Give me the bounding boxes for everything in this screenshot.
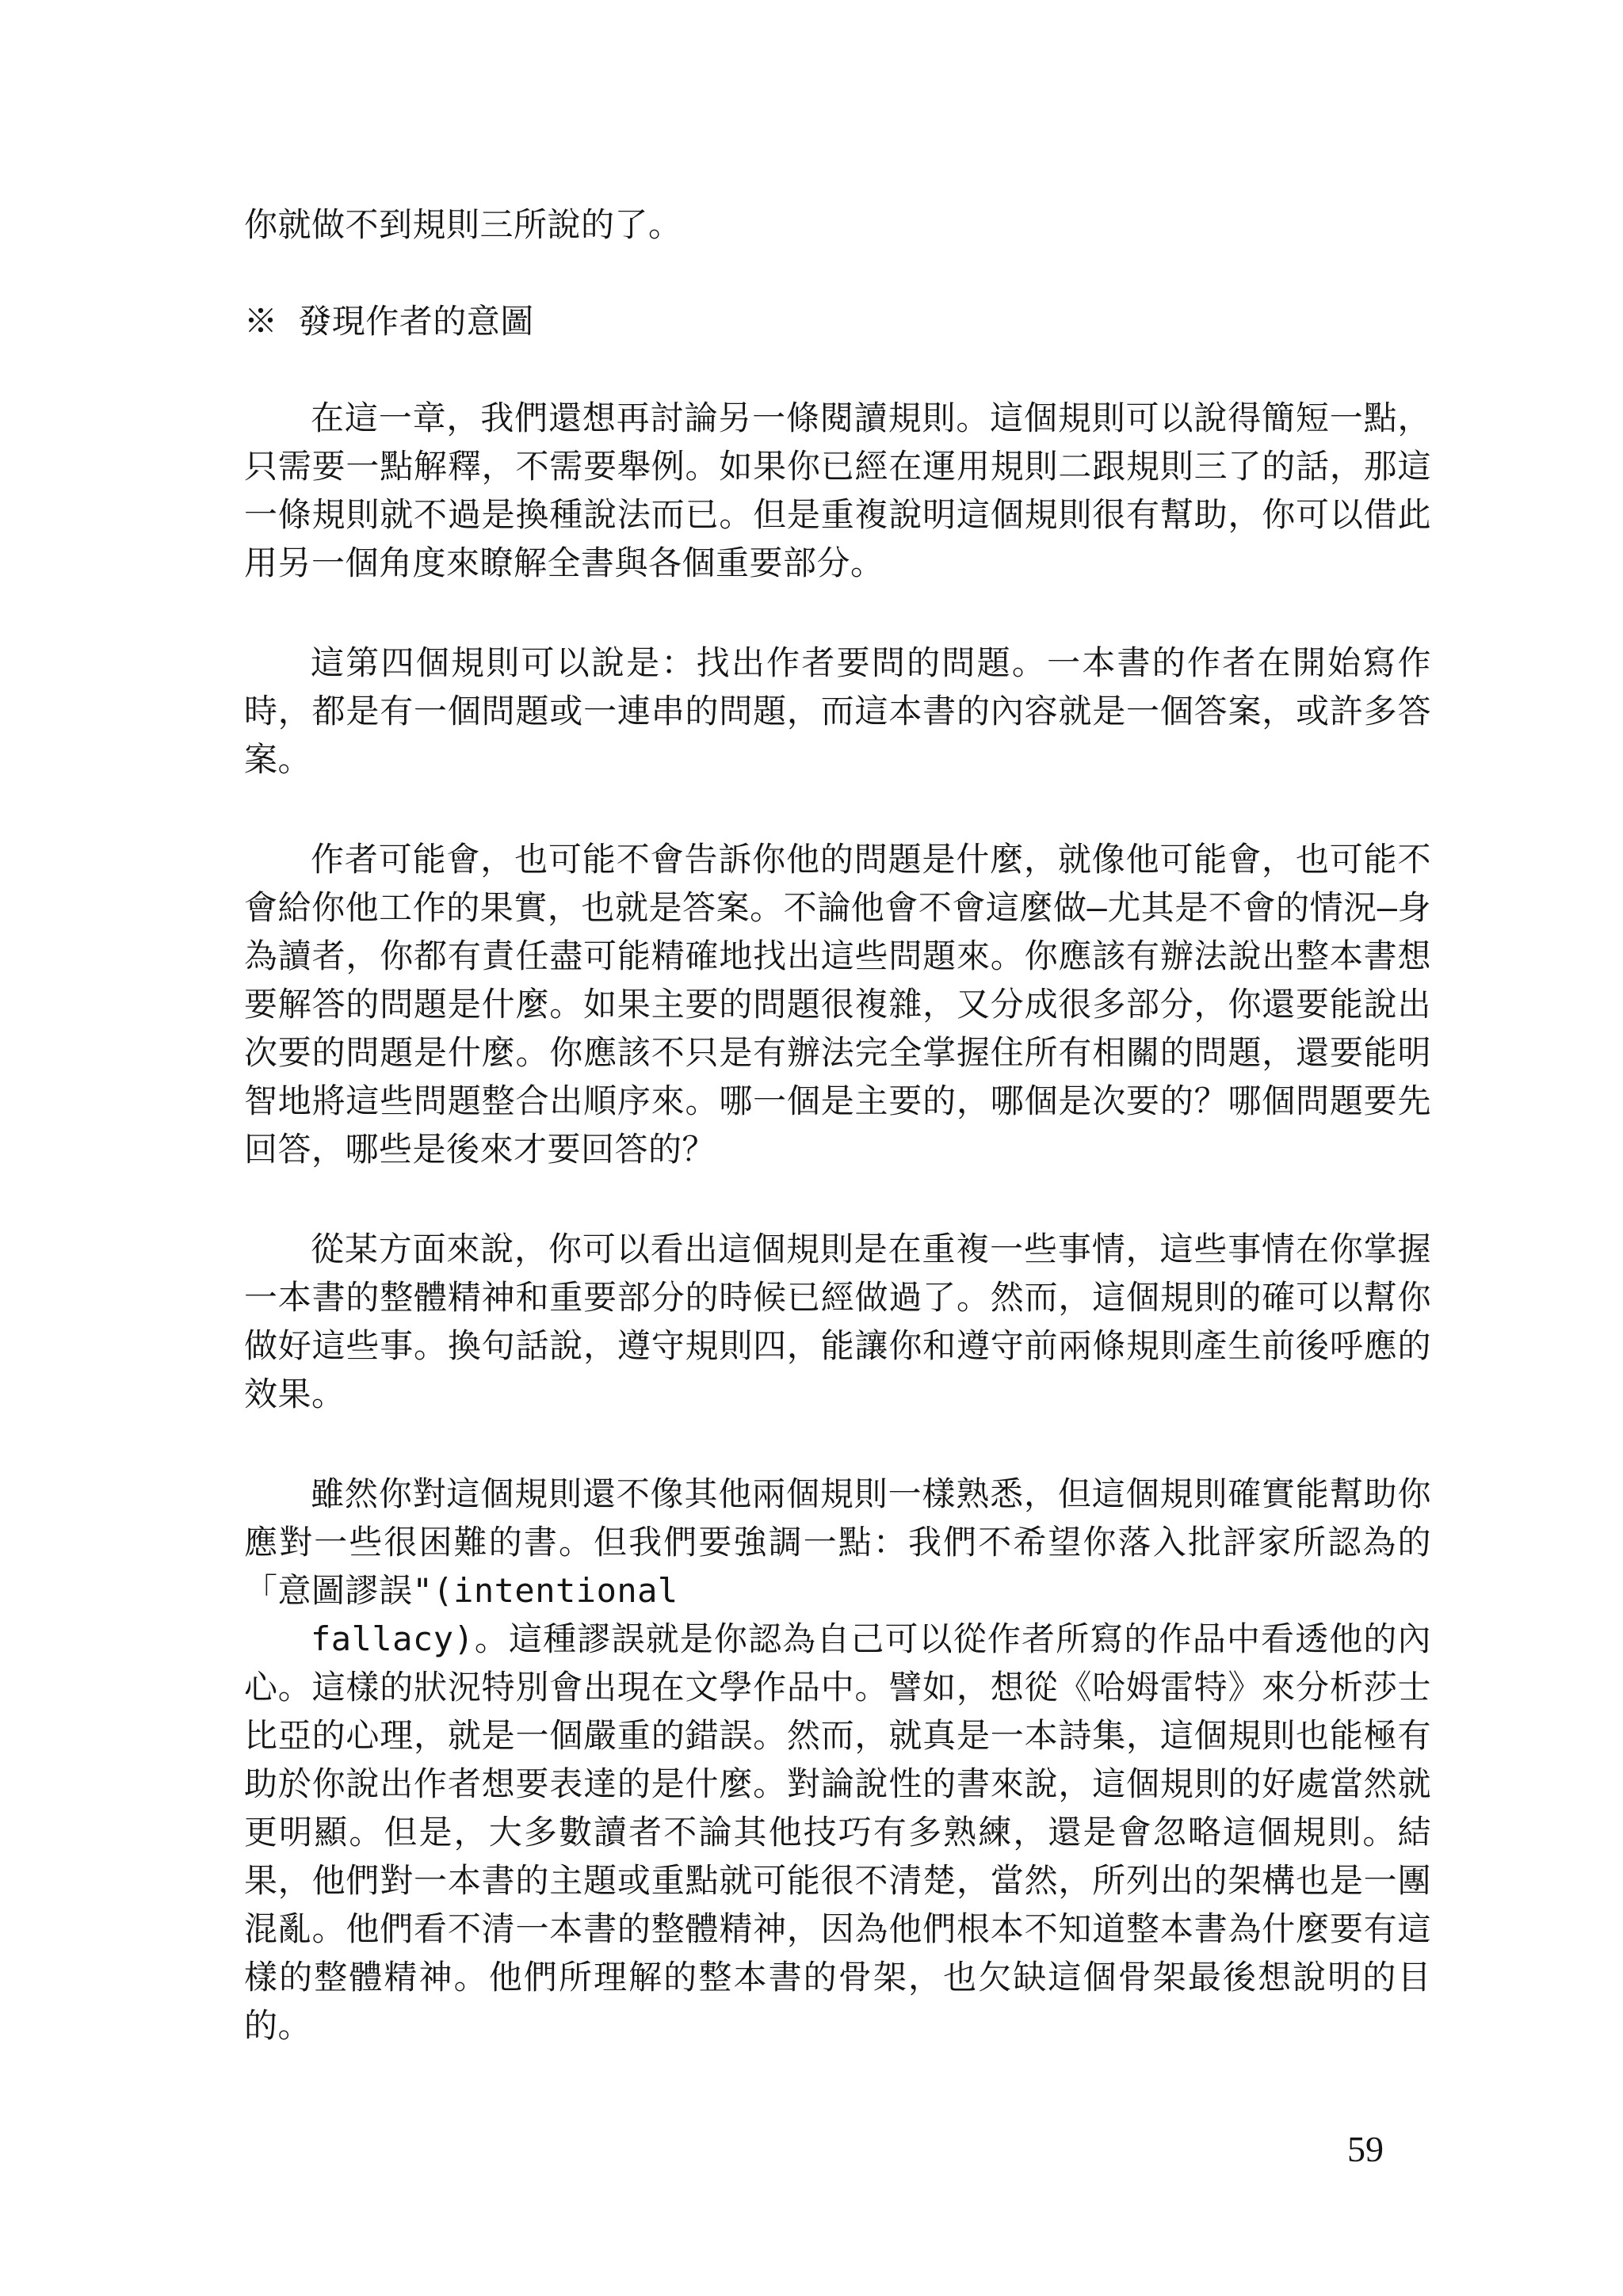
document-page: 你就做不到規則三所說的了。 ※ 發現作者的意圖 在這一章，我們還想再討論另一條閱… bbox=[0, 0, 1623, 2296]
paragraph-rule-intro: 在這一章，我們還想再討論另一條閱讀規則。這個規則可以說得簡短一點，只需要一點解釋… bbox=[244, 394, 1431, 587]
paragraph-rule-repetition: 從某方面來說，你可以看出這個規則是在重複一些事情，這些事情在你掌握一本書的整體精… bbox=[244, 1225, 1431, 1418]
paragraph-opening-continuation: 你就做不到規則三所說的了。 bbox=[244, 200, 1431, 249]
paragraph-intentional-fallacy-part1: 雖然你對這個規則還不像其他兩個規則一樣熟悉，但這個規則確實能幫助你應對一些很困難… bbox=[244, 1470, 1431, 1615]
page-number: 59 bbox=[1347, 2130, 1384, 2169]
paragraph-reader-responsibility: 作者可能會，也可能不會告訴你他的問題是什麼，就像他可能會，也可能不會給你他工作的… bbox=[244, 835, 1431, 1173]
section-heading: ※ 發現作者的意圖 bbox=[244, 297, 1431, 345]
paragraph-rule-four-statement: 這第四個規則可以說是：找出作者要問的問題。一本書的作者在開始寫作時，都是有一個問… bbox=[244, 639, 1431, 784]
page-body-text: 你就做不到規則三所說的了。 ※ 發現作者的意圖 在這一章，我們還想再討論另一條閱… bbox=[244, 200, 1431, 2050]
paragraph-intentional-fallacy-part2: fallacy)。這種謬誤就是你認為自己可以從作者所寫的作品中看透他的內心。這樣… bbox=[244, 1615, 1431, 2050]
